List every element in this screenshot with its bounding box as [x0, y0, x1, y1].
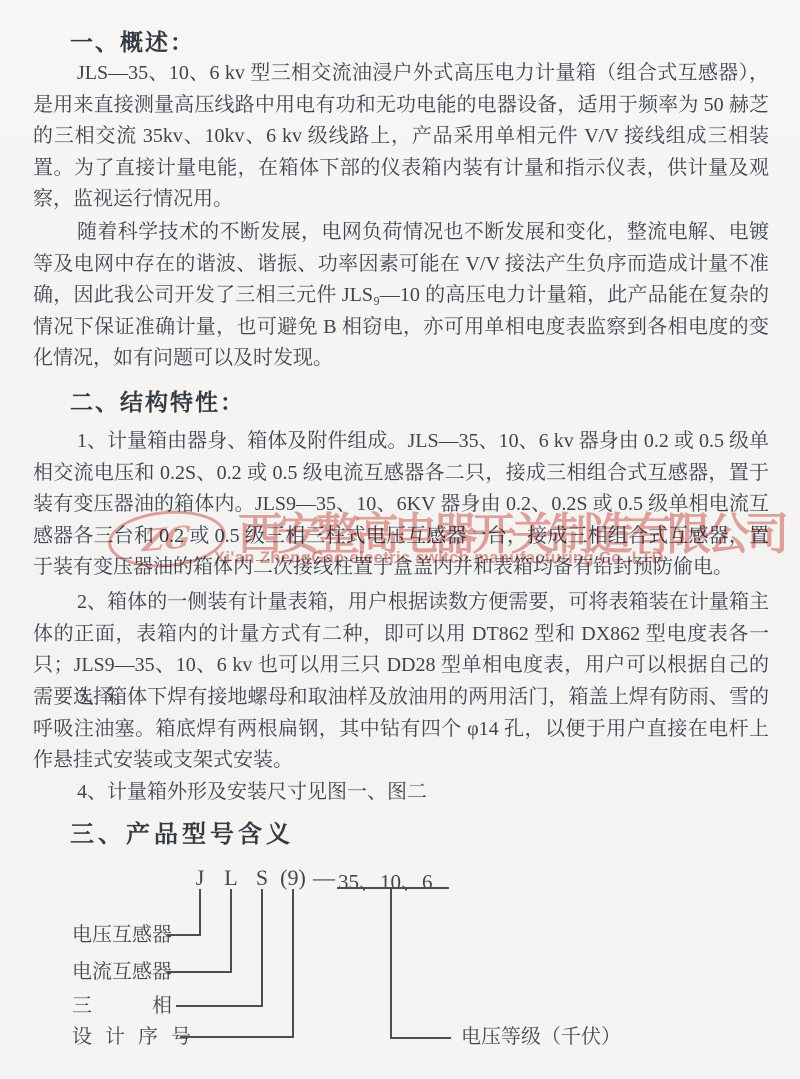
label-design-number: 设 计 序 号: [72, 1026, 195, 1048]
code-letter-l: L: [224, 865, 237, 891]
connector-hline-voltage-class: [390, 1037, 451, 1039]
connector-line-voltage: [390, 889, 392, 1038]
code-design-number: (9): [280, 865, 306, 891]
connector-hline-current-transformer: [167, 971, 232, 973]
code-voltages: 35、10、6: [338, 866, 433, 896]
connector-line-s: [261, 889, 263, 1006]
structure-item-1: 1、计量箱由器身、箱体及附件组成。JLS—35、10、6 kv 器身由 0.2 …: [33, 426, 769, 584]
code-letter-s: S: [256, 865, 268, 891]
section-heading-overview: 一、概述：: [70, 24, 195, 57]
structure-item-3: 3、箱体下焊有接地螺母和取油样及放油用的两用活门，箱盖上焊有防雨、雪的呼吸注油塞…: [33, 682, 769, 777]
label-voltage-transformer: 电压互感器: [72, 924, 172, 946]
connector-hline-design-number: [180, 1036, 294, 1038]
code-letter-j: J: [196, 865, 205, 891]
section-heading-model-meaning: 三、产品型号含义: [70, 814, 294, 849]
section-heading-structure: 二、结构特性：: [70, 384, 245, 417]
overview-paragraph-2: 随着科学技术的不断发展，电网负荷情况也不断发展和变化，整流电解、电镀等及电网中存…: [33, 217, 769, 375]
model-code-diagram: J L S (9) — 35、10、6 电压互感器 电流互感器 三 相 设 计 …: [0, 860, 800, 1079]
code-dash: —: [313, 865, 335, 891]
scanned-document-page: 一、概述： JLS—35、10、6 kv 型三相交流油浸户外式高压电力计量箱（组…: [0, 0, 800, 1079]
connector-hline-three-phase: [176, 1005, 263, 1007]
structure-item-4: 4、计量箱外形及安装尺寸见图一、图二: [33, 777, 769, 809]
label-voltage-class: 电压等级（千伏）: [461, 1026, 621, 1048]
label-current-transformer: 电流互感器: [72, 961, 172, 983]
connector-line-design: [292, 889, 294, 1037]
connector-line-l: [230, 889, 232, 973]
label-three-phase: 三 相: [72, 995, 172, 1017]
connector-hline-voltage-transformer: [167, 934, 201, 936]
voltages-underline: [337, 887, 449, 889]
connector-line-j: [199, 889, 201, 935]
overview-paragraph-1: JLS—35、10、6 kv 型三相交流油浸户外式高压电力计量箱（组合式互感器）…: [33, 58, 769, 216]
